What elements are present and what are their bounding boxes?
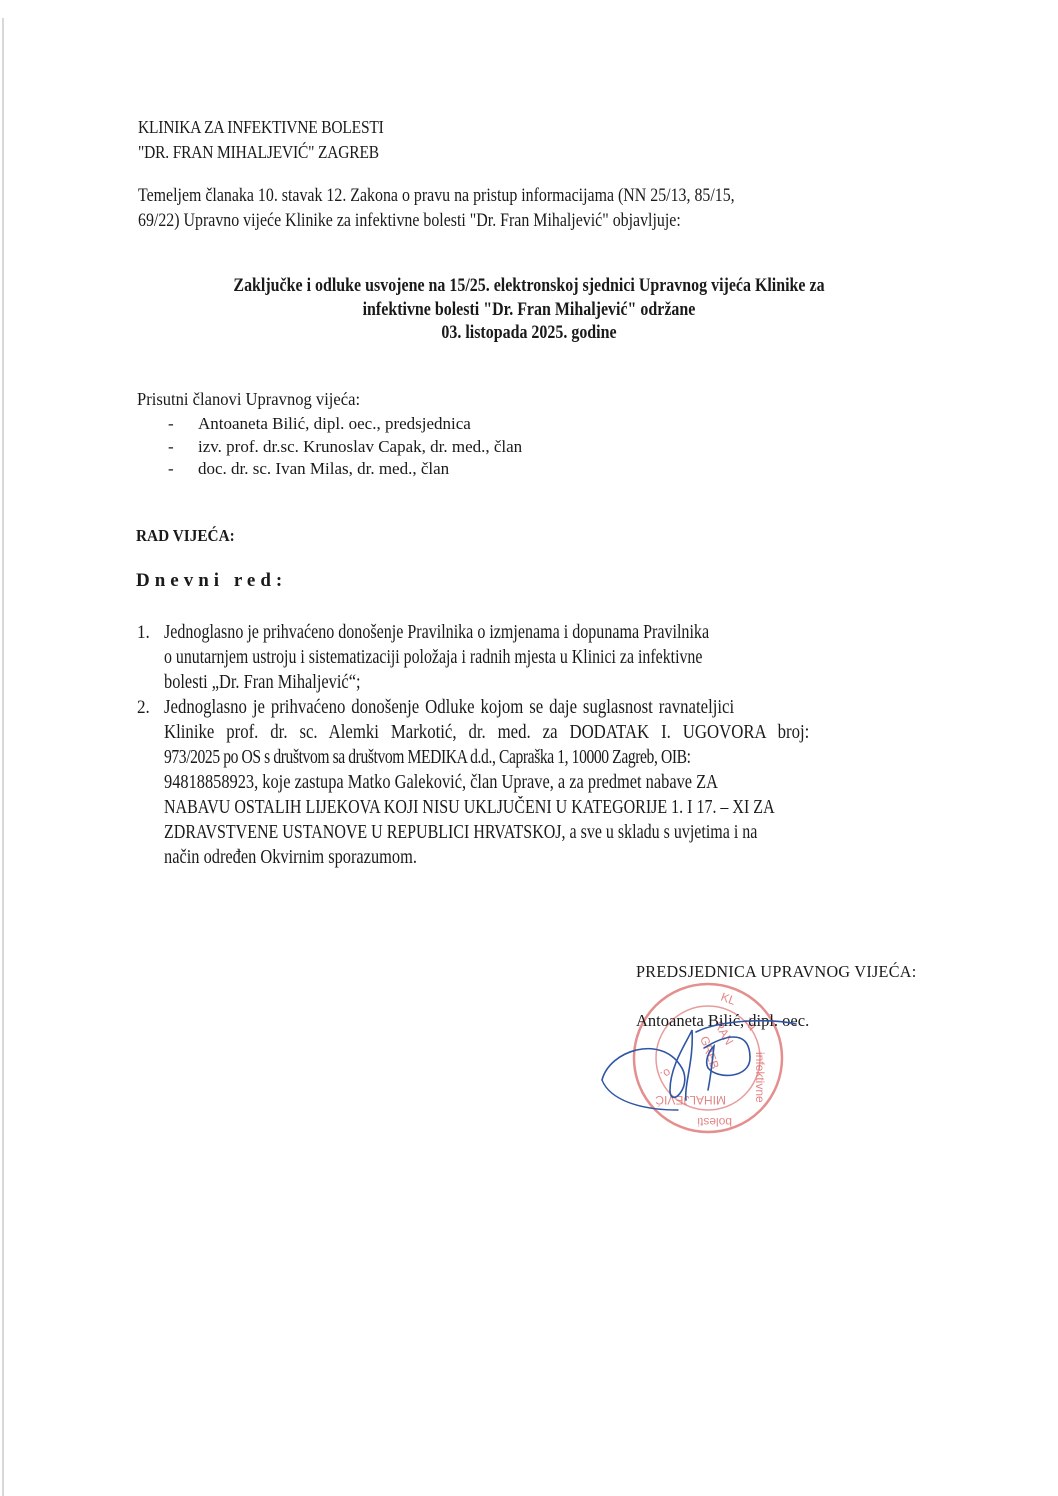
member-item: izv. prof. dr.sc. Krunoslav Capak, dr. m… bbox=[198, 437, 522, 457]
agenda-item-text-line: 94818858923, koje zastupa Matko Galekovi… bbox=[164, 772, 718, 794]
scan-edge-line bbox=[2, 18, 4, 1496]
agenda-item-text-line: Jednoglasno je prihvaćeno donošenje Prav… bbox=[164, 622, 709, 644]
bullet-dash: - bbox=[168, 437, 174, 457]
agenda-item-text-line: Jednoglasno je prihvaćeno donošenje Odlu… bbox=[164, 697, 734, 719]
document-title-line-2: infektivne bolesti "Dr. Fran Mihaljević"… bbox=[151, 299, 907, 321]
bullet-dash: - bbox=[168, 459, 174, 479]
document-title-line-3: 03. listopada 2025. godine bbox=[151, 322, 907, 344]
agenda-item-number: 1. bbox=[137, 622, 150, 644]
org-name-line-1: KLINIKA ZA INFEKTIVNE BOLESTI bbox=[138, 117, 384, 138]
agenda-item-text-line: bolesti „Dr. Fran Mihaljević“; bbox=[164, 672, 361, 694]
handwritten-signature-icon bbox=[600, 1010, 800, 1120]
svg-text:KL: KL bbox=[719, 990, 738, 1008]
member-item: Antoaneta Bilić, dipl. oec., predsjednic… bbox=[198, 414, 471, 434]
agenda-item-text-line: 973/2025 po OS s društvom sa društvom ME… bbox=[164, 747, 691, 769]
agenda-item-text-line: ZDRAVSTVENE USTANOVE U REPUBLICI HRVATSK… bbox=[164, 822, 757, 844]
agenda-item-number: 2. bbox=[137, 697, 150, 719]
work-heading: RAD VIJEĆA: bbox=[136, 526, 235, 546]
document-page: KLINIKA ZA INFEKTIVNE BOLESTI "DR. FRAN … bbox=[0, 0, 1058, 1496]
agenda-item-text-line: način određen Okvirnim sporazumom. bbox=[164, 847, 417, 869]
org-name-line-2: "DR. FRAN MIHALJEVIĆ" ZAGREB bbox=[138, 142, 379, 163]
agenda-item-text-line: o unutarnjem ustroju i sistematizaciji p… bbox=[164, 647, 702, 669]
agenda-item-text-line: NABAVU OSTALIH LIJEKOVA KOJI NISU UKLJUČ… bbox=[164, 797, 775, 819]
intro-line-1: Temeljem članaka 10. stavak 12. Zakona o… bbox=[138, 186, 735, 207]
bullet-dash: - bbox=[168, 414, 174, 434]
agenda-item-text-line: Klinike prof. dr. sc. Alemki Markotić, d… bbox=[164, 722, 809, 744]
agenda-heading: Dnevni red: bbox=[136, 570, 287, 592]
member-item: doc. dr. sc. Ivan Milas, dr. med., član bbox=[198, 459, 449, 479]
members-label: Prisutni članovi Upravnog vijeća: bbox=[137, 389, 360, 410]
intro-line-2: 69/22) Upravno vijeće Klinike za infekti… bbox=[138, 211, 681, 232]
document-title-line-1: Zaključke i odluke usvojene na 15/25. el… bbox=[151, 275, 907, 297]
